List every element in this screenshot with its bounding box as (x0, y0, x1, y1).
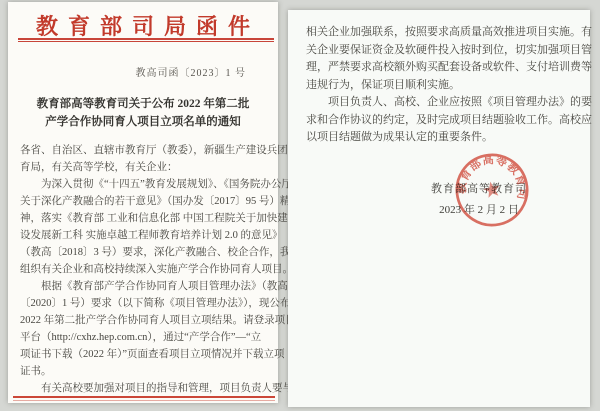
document-title: 教育部高等教育司关于公布 2022 年第二批产学合作协同育人项目立项名单的通知 (8, 95, 278, 131)
scanned-document-canvas: { "colors": { "background": "#d5d7d3", "… (0, 0, 600, 411)
letterhead-title: 教育部司局函件 (8, 10, 278, 41)
text-line: 各省、自治区、直辖市教育厅（教委），新疆生产建设兵团教 (20, 142, 272, 159)
text-line: 2022 年第二批产学合作协同育人项目立项结果。请登录项目 (20, 312, 272, 329)
text-line: 平台（http://cxhz.hep.com.cn），通过“产学合作”—“立 (20, 329, 272, 346)
text-line: 项目负责人、高校、企业应按照《项目管理办法》的要 (306, 94, 584, 112)
text-line: 关企业要保证资金及软硬件投入按时到位，切实加强项目管 (306, 42, 584, 60)
text-line: 证书。 (20, 363, 272, 380)
text-line: （教高〔2018〕3 号）要求，深化产教融合、校企合作，我司 (20, 244, 272, 261)
text-line: 求和合作协议的约定，及时完成项目结题验收工作。高校应 (306, 112, 584, 130)
letterhead-rule (18, 38, 274, 42)
text-line: 以项目结题做为成果认定的重要条件。 (306, 129, 584, 147)
seal-star-icon (482, 180, 501, 199)
text-line: 产学合作协同育人项目立项名单的通知 (8, 113, 278, 131)
letter-page-2: 相关企业加强联系，按照要求高质量高效推进项目实施。有关企业要保证资金及软硬件投入… (288, 10, 590, 407)
text-line: 组织有关企业和高校持续深入实施产学合作协同育人项目。 (20, 261, 272, 278)
body-text-page-1: 各省、自治区、直辖市教育厅（教委），新疆生产建设兵团教育局，有关高等学校，有关企… (20, 142, 272, 397)
text-line: 设发展新工科 实施卓越工程师教育培养计划 2.0 的意见》 (20, 227, 272, 244)
text-line: 相关企业加强联系，按照要求高质量高效推进项目实施。有 (306, 24, 584, 42)
text-line: 神，落实《教育部 工业和信息化部 中国工程院关于加快建 (20, 210, 272, 227)
text-line: 项证书下载（2022 年）”页面查看项目立项情况并下载立项 (20, 346, 272, 363)
text-line: 为深入贯彻《“十四五”教育发展规划》、《国务院办公厅 (20, 176, 272, 193)
body-text-page-2: 相关企业加强联系，按照要求高质量高效推进项目实施。有关企业要保证资金及软硬件投入… (306, 24, 584, 147)
text-line: 教育部高等教育司关于公布 2022 年第二批 (8, 95, 278, 113)
text-line: 关于深化产教融合的若干意见》（国办发〔2017〕95 号）精 (20, 193, 272, 210)
text-line: 〔2020〕1 号）要求（以下简称《项目管理办法》），现公布 (20, 295, 272, 312)
document-number: 教高司函〔2023〕1 号 (136, 64, 247, 79)
text-line: 违规行为，保证项目顺利实施。 (306, 77, 584, 95)
text-line: 有关高校要加强对项目的指导和管理，项目负责人要与 (20, 380, 272, 397)
text-line: 根据《教育部产学合作协同育人项目管理办法》（教高厅 (20, 278, 272, 295)
text-line: 理，严禁要求高校额外购买配套设备或软件、支付培训费等 (306, 59, 584, 77)
letter-page-1: 教育部司局函件 教高司函〔2023〕1 号 教育部高等教育司关于公布 2022 … (8, 2, 278, 403)
official-seal-stamp-icon: 教育部高等教育司 (446, 144, 539, 237)
text-line: 育局，有关高等学校，有关企业： (20, 159, 272, 176)
footer-rule (13, 396, 275, 401)
